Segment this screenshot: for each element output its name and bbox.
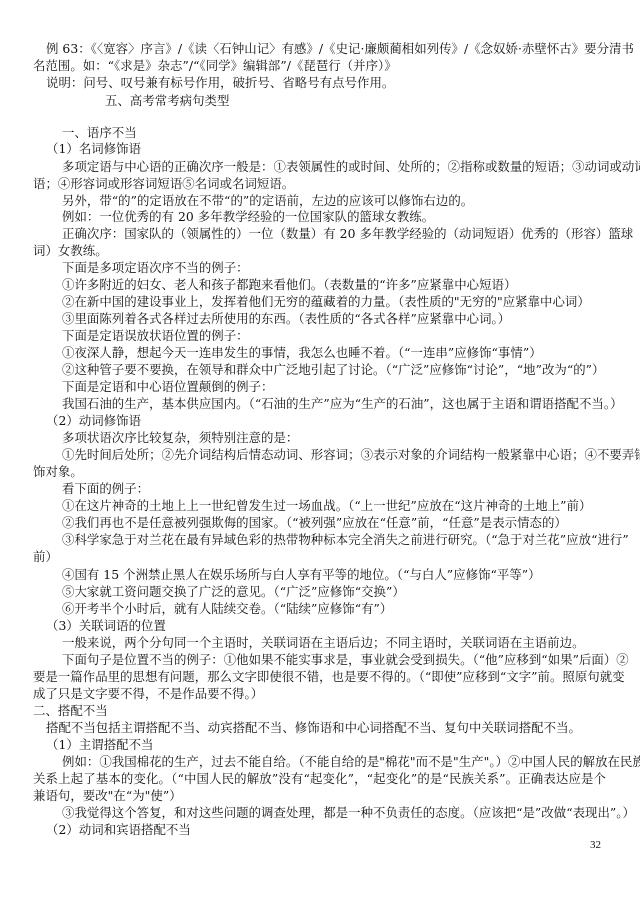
text-line: 下面是多项定语次序不当的例子： <box>62 259 249 276</box>
text-line: 下面句子是位置不当的例子：①他如果不能实事求是，事业就会受到损失。（“他”应移到… <box>62 651 606 668</box>
text-line: 前） <box>33 548 58 565</box>
text-line: ⑥开考半个小时后，就有人陆续交卷。（“陆续”应修饰“有”） <box>62 600 392 617</box>
text-line: ②在新中国的建设事业上，发挥着他们无穷的蕴藏着的力量。（表性质的"无穷的"应紧靠… <box>62 293 590 310</box>
text-line: ③我觉得这个答复，和对这些问题的调查处理，都是一种不负责任的态度。（应该把“是”… <box>62 804 635 821</box>
text-line: ④国有 15 个洲禁止黑人在娱乐场所与白人享有平等的地位。（“与白人”应修饰“平… <box>62 566 541 583</box>
text-line: ①先时间后处所；②先介词结构后情态动词、形容词；③表示对象的介词结构一般紧靠中心… <box>62 446 606 463</box>
text-line: 多项状语次序比较复杂，须特别注意的是： <box>62 429 298 446</box>
text-line: ③里面陈列着各式各样过去所使用的东西。（表性质的“各式各样”应紧靠中心词。） <box>62 310 510 327</box>
text-line: ①夜深人静，想起今天一连串发生的事情，我怎么也睡不着。（“一连串”应修饰“事情”… <box>62 344 542 361</box>
text-line: 名范围。如：“《求是》杂志”/“《同学》编辑部”/《琵琶行（并序）》 <box>33 57 397 74</box>
text-line: 兼语句，要改"在“为"使”） <box>33 787 182 804</box>
text-line: 正确次序：国家队的（领属性的）一位（数量）有 20 多年教学经验的（动词短语）优… <box>62 225 606 242</box>
text-line: ③科学家急于对兰花在最有异域色彩的热带物种标本完全消失之前进行研究。（“急于对兰… <box>62 531 606 548</box>
document-page: 例 63：《〈宽容〉序言》/《读〈石钟山记〉有感》/《史记·廉颇蔺相如列传》/《… <box>0 0 640 905</box>
text-line: ②我们再也不是任意被列强欺侮的国家。（“被列强”应放在“任意”前，“任意”是表示… <box>62 514 567 531</box>
text-line: 例如：①我国棉花的生产，过去不能自给。（不能自给的是"棉花"而不是"生产"。）②… <box>62 753 606 770</box>
text-line: 我国石油的生产，基本供应国内。（“石油的生产”应为“生产的石油”，这也属于主语和… <box>62 395 623 412</box>
text-line: （1）主谓搭配不当 <box>46 736 153 753</box>
text-line: 五、高考常考病句类型 <box>105 92 229 109</box>
text-line: 说明：问号、叹号兼有标号作用，破折号、省略号有点号作用。 <box>46 74 394 91</box>
text-line: ①在这片神奇的土地上上一世纪曾发生过一场血战。（“上一世纪”应放在“这片神奇的土… <box>62 497 591 514</box>
text-line: 例 63：《〈宽容〉序言》/《读〈石钟山记〉有感》/《史记·廉颇蔺相如列传》/《… <box>46 40 606 57</box>
text-line: 要是一篇作品里的思想有问题，那么文字即使很不错，也是要不得的。（“即使”应移到“… <box>33 668 606 685</box>
text-line: 词）女教练。 <box>33 242 108 259</box>
text-line: （2）动词和宾语搭配不当 <box>46 821 191 838</box>
text-line: 一般来说，两个分句同一个主语时，关联词语在主语后边；不同主语时，关联词语在主语前… <box>62 634 585 651</box>
text-line: 另外，带“的”的定语放在不带“的”的定语前，左边的应该可以修饰右边的。 <box>62 192 473 209</box>
text-line: 多项定语与中心语的正确次序一般是：①表领属性的或时间、处所的；②指称或数量的短语… <box>62 158 606 175</box>
text-line: 成了只是文字要不得，不是作品要不得。） <box>33 685 263 702</box>
text-line: （2）动词修饰语 <box>46 412 141 429</box>
text-line: （3）关联词语的位置 <box>46 617 166 634</box>
text-line: 语；④形容词或形容词短语⑤名词或名词短语。 <box>33 175 294 192</box>
text-line: （1）名词修饰语 <box>46 140 141 157</box>
text-line: 下面是定语和中心语位置颠倒的例子： <box>62 378 274 395</box>
text-line: 一、语序不当 <box>62 124 137 141</box>
text-line: 搭配不当包括主谓搭配不当、动宾搭配不当、修饰语和中心词搭配不当、复句中关联词搭配… <box>46 719 581 736</box>
text-line: 下面是定语误放状语位置的例子： <box>62 327 249 344</box>
text-line: 例如：一位优秀的有 20 多年教学经验的一位国家队的篮球女教练。 <box>62 208 434 225</box>
text-line: 二、搭配不当 <box>33 702 108 719</box>
text-line: ①许多附近的妇女、老人和孩子都跑来看他们。（表数量的“许多”应紧靠中心短语） <box>62 276 516 293</box>
page-number: 32 <box>590 839 601 851</box>
text-line: 关系上起了基本的变化。（“中国人民的解放”没有“起变化”，“起变化”的是“民族关… <box>33 770 606 787</box>
text-line: 看下面的例子： <box>62 480 149 497</box>
text-line: ⑤大家就工资问题交换了广泛的意见。（“广泛”应修饰“交换”） <box>62 583 405 600</box>
text-line: ②这种管子要不要换，在领导和群众中广泛地引起了讨论。（“广泛”应修饰“讨论”，“… <box>62 361 605 378</box>
text-line: 饰对象。 <box>33 463 83 480</box>
